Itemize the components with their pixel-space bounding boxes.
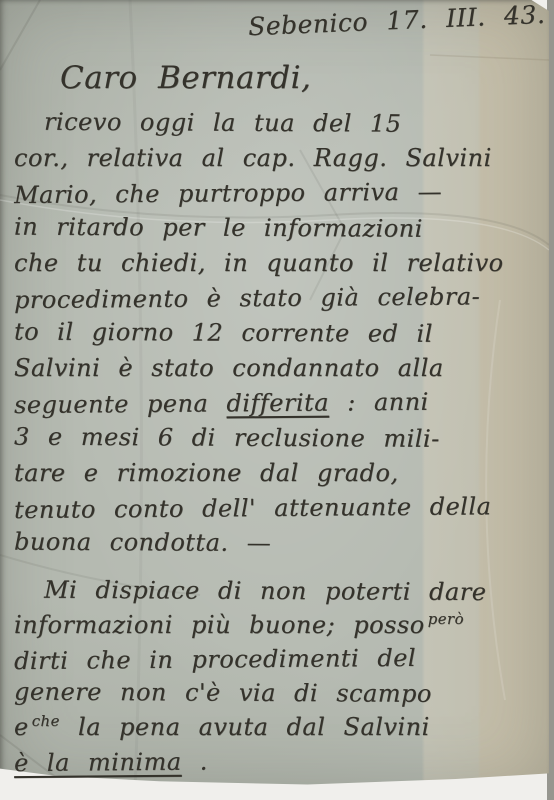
- letter-text: Salvini è stato condannato alla: [14, 354, 444, 382]
- letter-text: tare e rimozione dal grado,: [14, 459, 399, 487]
- letter-line: tare e rimozione dal grado,: [14, 456, 542, 491]
- letter-text: : anni: [329, 388, 429, 417]
- letter-text: procedimento è stato già celebra-: [14, 282, 480, 314]
- letter-salutation: Caro Bernardi,: [60, 60, 311, 96]
- letter-line: 3 e mesi 6 di reclusione mili-: [14, 420, 542, 458]
- letter-text: Mi dispiace di non poterti dare: [44, 576, 487, 606]
- letter-body: ricevo oggi la tua del 15cor., relativa …: [14, 106, 542, 778]
- letter-text: buona condotta. —: [14, 528, 271, 557]
- letter-text: dirti che in procedimenti del: [14, 644, 416, 675]
- scanned-letter-page: Sebenico 17. III. 43. XXI Caro Bernardi,…: [0, 0, 554, 800]
- letter-line: genere non c'è via di scampo: [14, 675, 542, 712]
- letter-text: .: [181, 748, 207, 776]
- letter-text: in ritardo per le informazioni: [14, 213, 423, 243]
- letter-text: 3 e mesi 6 di reclusione mili-: [14, 423, 440, 453]
- letter-line: ricevo oggi la tua del 15: [14, 105, 542, 143]
- letter-text: cor., relativa al cap. Ragg. Salvini: [14, 144, 492, 172]
- letter-line: seguente pena differita : anni: [14, 384, 542, 423]
- letter-line: è la minima .: [14, 742, 542, 780]
- letter-text: seguente pena: [14, 389, 227, 419]
- letter-text: che tu chiedi, in quanto il relativo: [14, 249, 504, 277]
- inserted-word: però: [428, 610, 464, 628]
- letter-line: tenuto conto dell' attenuante della: [14, 489, 542, 528]
- inserted-word: che: [32, 712, 60, 730]
- letter-text: ricevo oggi la tua del 15: [44, 108, 402, 138]
- letter-line: in ritardo per le informazioni: [14, 210, 542, 248]
- letter-text: tenuto conto dell' attenuante della: [14, 492, 492, 524]
- letter-text: e: [14, 713, 29, 741]
- letter-text: genere non c'è via di scampo: [14, 678, 432, 708]
- letter-line: buona condotta. —: [14, 525, 542, 563]
- underlined-text: è la minima: [14, 748, 182, 777]
- letter-paragraph: ricevo oggi la tua del 15cor., relativa …: [14, 106, 542, 561]
- letter-line: Salvini è stato condannato alla: [14, 351, 542, 386]
- letter-dateline: Sebenico 17. III. 43. XXI: [248, 0, 549, 41]
- letter-text: Mario, che purtroppo arriva —: [14, 178, 442, 209]
- letter-line: cor., relativa al cap. Ragg. Salvini: [14, 141, 542, 176]
- letter-line: che tu chiedi, in quanto il relativo: [14, 246, 542, 281]
- letter-line: Mario, che purtroppo arriva —: [14, 174, 542, 213]
- letter-line: procedimento è stato già celebra-: [14, 279, 542, 318]
- letter-text: informazioni più buone; posso: [14, 611, 425, 639]
- letter-text: la pena avuta dal Salvini: [60, 713, 430, 741]
- underlined-text: differita: [226, 389, 329, 418]
- letter-line: informazioni più buone; possoperò: [14, 608, 542, 642]
- letter-text: to il giorno 12 corrente ed il: [14, 318, 433, 348]
- letter-line: eche la pena avuta dal Salvini: [14, 710, 542, 744]
- letter-line: to il giorno 12 corrente ed il: [14, 315, 542, 353]
- letter-content: Sebenico 17. III. 43. XXI Caro Bernardi,…: [0, 0, 554, 800]
- letter-line: Mi dispiace di non poterti dare: [14, 573, 542, 610]
- letter-paragraph: Mi dispiace di non poterti dareinformazi…: [14, 574, 542, 778]
- letter-line: dirti che in procedimenti del: [14, 640, 542, 678]
